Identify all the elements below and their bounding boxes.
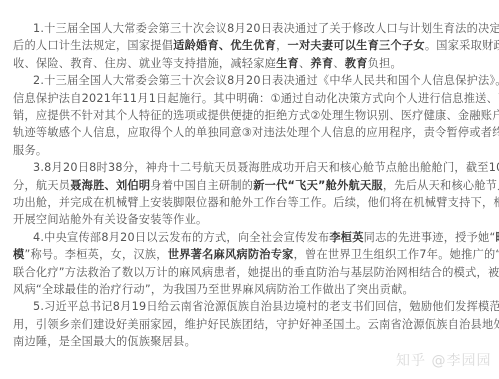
text-span: 。国家采取财政、税 — [425, 39, 499, 52]
watermark: 知乎 @李园园 — [396, 350, 491, 370]
text-span: 服务。 — [13, 144, 47, 157]
text-span: 功出舱，并完成在机械臂上安装脚限位器和舱外工作台等工作。后续，他们将在机械臂支持… — [13, 196, 499, 209]
text-span: 负担。 — [368, 57, 402, 70]
text-span: 4.中央宣传部8月20日以云发布的方式，向全社会宣传发布 — [33, 231, 329, 244]
paragraph-line: 功出舱，并完成在机械臂上安装脚限位器和舱外工作台等工作。后续，他们将在机械臂支持… — [13, 196, 499, 210]
paragraph-line: 后的人口计生法规定，国家提倡适龄婚育、优生优育，一对夫妻可以生育三个子女。国家采… — [13, 39, 499, 53]
paragraph-line: 开展空间站舱外有关设备安装等作业。 — [13, 213, 207, 227]
paragraph-line: 用，引领乡亲们建设好美丽家园，维护好民族团结，守护好神圣国土。云南省沧源佤族自治… — [13, 318, 499, 332]
text-span: 收、保险、教育、住房、就业等支持措施，减轻家庭 — [13, 57, 276, 70]
paragraph-line: 收、保险、教育、住房、就业等支持措施，减轻家庭生育、养育、教育负担。 — [13, 57, 402, 71]
text-span: ， — [276, 39, 287, 52]
paragraph-line: 信息保护法自2021年11月1日起施行。其中明确：①通过自动化决策方式向个人进行… — [13, 92, 499, 106]
paragraph-line: 南边陲，是全国最大的佤族聚居县。 — [13, 335, 196, 349]
text-span: 联合化疗”方法救治了数以万计的麻风病患者，她提出的垂直防治与基层防治网相结合的模… — [13, 266, 499, 279]
paragraph-line: 风病“全球最佳的治疗行动”，为我国乃至世界麻风病防治工作做出了突出贡献。 — [13, 283, 414, 297]
text-span: 用，引领乡亲们建设好美丽家园，维护好民族团结，守护好神圣国土。云南省沧源佤族自治… — [13, 318, 499, 331]
text-span: 身着中国自主研制的 — [150, 179, 253, 192]
paragraph-line: 分，航天员聂海胜、刘伯明身着中国自主研制的新一代“飞天”舱外航天服，先后从天和核… — [13, 179, 499, 193]
text-span: 5.习近平总书记8月19日给云南省沧源佤族自治县边境村的老支书们回信，勉励他们发… — [33, 300, 499, 313]
bold-text: 养育 — [310, 57, 333, 70]
bold-text: 聂海胜、刘伯明 — [70, 179, 150, 192]
text-span: 分，航天员 — [13, 179, 70, 192]
paragraph-first-line: 2.十三届全国人大常委会第三十次会议8月20日表决通过《中华人民共和国个人信息保… — [33, 74, 499, 88]
bold-text: 生育 — [276, 57, 299, 70]
paragraph-line: 模”称号。李桓英，女，汉族，世界著名麻风病防治专家，曾在世界卫生组织工作7年。她… — [13, 248, 499, 262]
paragraph-line: 轨迹等敏感个人信息，应取得个人的单独同意③对违法处理个人信息的应用程序，责令暂停… — [13, 126, 499, 140]
text-span: 后的人口计生法规定，国家提倡 — [13, 39, 173, 52]
text-span: 南边陲，是全国最大的佤族聚居县。 — [13, 335, 196, 348]
paragraph-line: 联合化疗”方法救治了数以万计的麻风病患者，她提出的垂直防治与基层防治网相结合的模… — [13, 266, 499, 280]
text-span: ，曾在世界卫生组织工作7年。她推广的“短程 — [294, 248, 499, 261]
text-span: 、 — [299, 57, 310, 70]
text-span: 2.十三届全国人大常委会第三十次会议8月20日表决通过《中华人民共和国个人信息保… — [33, 74, 499, 87]
text-span: ，先后从天和核心舱节点舱成 — [383, 179, 499, 192]
bold-text: 李桓英 — [329, 231, 363, 244]
bold-text: 一对夫妻可以生育三个子女 — [288, 39, 425, 52]
text-span: 3.8月20日8时38分，神舟十二号航天员聂海胜成功开启天和核心舱节点舱出舱舱门… — [33, 161, 499, 174]
text-span: 同志的先进事迹，授予她“ — [364, 231, 496, 244]
text-span: 信息保护法自2021年11月1日起施行。其中明确：①通过自动化决策方式向个人进行… — [13, 92, 499, 105]
bold-text: 新一代“飞天”舱外航天服 — [253, 179, 383, 192]
text-span: 、 — [333, 57, 344, 70]
paragraph-line: 服务。 — [13, 144, 47, 158]
text-span: 销，应提供不针对其个人特征的选项或提供便捷的拒绝方式②处理生物识别、医疗健康、金… — [13, 109, 499, 122]
paragraph-line: 销，应提供不针对其个人特征的选项或提供便捷的拒绝方式②处理生物识别、医疗健康、金… — [13, 109, 499, 123]
bold-text: 世界著名麻风病防治专家 — [168, 248, 294, 261]
text-span: 1.十三届全国人大常委会第三十次会议8月20日表决通过了关于修改人口与计划生育法… — [33, 22, 499, 35]
bold-text: 适龄婚育、优生优育 — [173, 39, 276, 52]
paragraph-first-line: 1.十三届全国人大常委会第三十次会议8月20日表决通过了关于修改人口与计划生育法… — [33, 22, 499, 36]
paragraph-first-line: 4.中央宣传部8月20日以云发布的方式，向全社会宣传发布李桓英同志的先进事迹，授… — [33, 231, 499, 245]
text-span: 风病“全球最佳的治疗行动”，为我国乃至世界麻风病防治工作做出了突出贡献。 — [13, 283, 414, 296]
text-span: 轨迹等敏感个人信息，应取得个人的单独同意③对违法处理个人信息的应用程序，责令暂停… — [13, 126, 499, 139]
text-span: ”称号。李桓英，女，汉族， — [24, 248, 167, 261]
paragraph-first-line: 3.8月20日8时38分，神舟十二号航天员聂海胜成功开启天和核心舱节点舱出舱舱门… — [33, 161, 499, 175]
bold-text: 教育 — [345, 57, 368, 70]
paragraph-first-line: 5.习近平总书记8月19日给云南省沧源佤族自治县边境村的老支书们回信，勉励他们发… — [33, 300, 499, 314]
bold-text: 时代楷 — [496, 231, 499, 244]
text-span: 开展空间站舱外有关设备安装等作业。 — [13, 213, 207, 226]
bold-text: 模 — [13, 248, 24, 261]
